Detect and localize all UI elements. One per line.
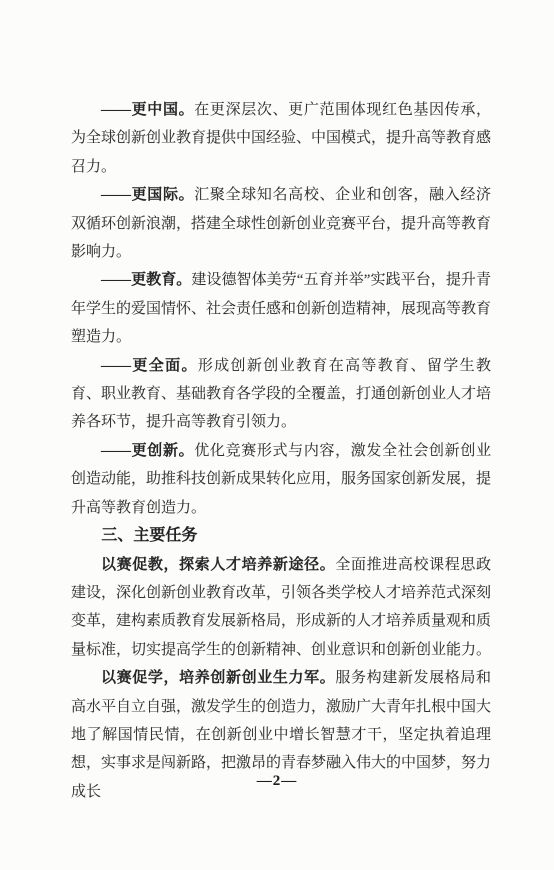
page-number: —2— xyxy=(0,773,554,790)
document-page: ——更中国。在更深层次、更广范围体现红色基因传承，为全球创新创业教育提供中国经验… xyxy=(0,0,554,870)
document-paragraph: ——更教育。建设德智体美劳“五育并举”实践平台，提升青年学生的爱国情怀、社会责任… xyxy=(71,266,491,351)
paragraph-lead: 以赛促教，探索人才培养新途径。 xyxy=(101,557,335,573)
document-paragraph: ——更中国。在更深层次、更广范围体现红色基因传承，为全球创新创业教育提供中国经验… xyxy=(71,96,491,181)
paragraph-lead: ——更全面。 xyxy=(101,358,198,374)
paragraph-lead: ——更中国。 xyxy=(101,102,194,118)
paragraph-lead: ——更创新。 xyxy=(101,443,194,459)
document-paragraph: ——更全面。形成创新创业教育在高等教育、留学生教育、职业教育、基础教育各学段的全… xyxy=(71,352,491,437)
paragraph-lead: 以赛促学，培养创新创业生力军。 xyxy=(101,670,335,686)
paragraph-lead: ——更教育。 xyxy=(101,272,191,288)
section-heading: 三、主要任务 xyxy=(71,522,491,550)
document-content: ——更中国。在更深层次、更广范围体现红色基因传承，为全球创新创业教育提供中国经验… xyxy=(71,96,491,806)
task-paragraph: 以赛促教，探索人才培养新途径。全面推进高校课程思政建设，深化创新创业教育改革，引… xyxy=(71,551,491,665)
document-paragraph: ——更创新。优化竞赛形式与内容，激发全社会创新创业创造动能，助推科技创新成果转化… xyxy=(71,437,491,522)
document-paragraph: ——更国际。汇聚全球知名高校、企业和创客，融入经济双循环创新浪潮，搭建全球性创新… xyxy=(71,181,491,266)
paragraph-lead: ——更国际。 xyxy=(101,187,194,203)
